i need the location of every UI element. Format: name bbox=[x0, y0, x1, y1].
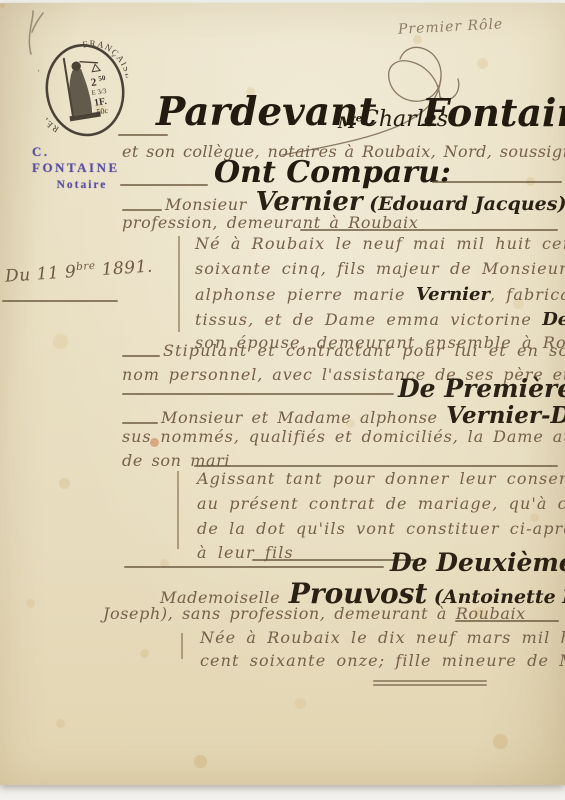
p4-line1: Monsieur et Madame alphonse Vernier-Dele… bbox=[161, 402, 565, 429]
p2-father-surname: Vernier bbox=[416, 284, 490, 305]
p4-line3: de son mari bbox=[122, 451, 230, 470]
heading-last-name: Fontaine bbox=[422, 90, 565, 135]
part2-fill-line bbox=[124, 566, 384, 568]
p2-line3c: , fabricant de bbox=[490, 285, 565, 304]
margin-date-sup: bre bbox=[76, 260, 96, 273]
part1-fill-line bbox=[122, 393, 394, 395]
p3-line1: Stipulant et contractant pour lui et en … bbox=[163, 341, 565, 360]
notary-stamp-title: Notaire bbox=[32, 179, 132, 191]
margin-date-suffix: 1891. bbox=[95, 257, 153, 281]
notary-stamp-name: C. FONTAINE bbox=[32, 144, 132, 176]
p7-line2: cent soixante onze; fille mineure de Mon… bbox=[200, 651, 565, 670]
margin-date-prefix: Du 11 9 bbox=[5, 262, 78, 287]
p2-line3a: alphonse pierre marie bbox=[195, 285, 416, 304]
fiscal-stamp-values: 2 50 E 3/3 1F. 50c bbox=[89, 74, 112, 117]
comparu-heading: Ont Comparu: bbox=[214, 155, 451, 190]
heading-honorific: Me bbox=[338, 113, 362, 132]
p1-given-names: (Edouard Jacques) bbox=[363, 193, 565, 215]
svg-text:2: 2 bbox=[90, 76, 98, 89]
p5-margin-stroke bbox=[177, 471, 179, 549]
comparu-line-left bbox=[120, 184, 208, 186]
p7-line1: Née à Roubaix le dix neuf mars mil huit bbox=[200, 628, 565, 647]
margin-date-underline bbox=[2, 300, 118, 302]
p5-line1: Agissant tant pour donner leur consentem… bbox=[197, 469, 565, 488]
p2-mother-surname: Delerue bbox=[542, 309, 565, 330]
p1-fill-line bbox=[300, 229, 558, 231]
p2-line3: alphonse pierre marie Vernier, fabricant… bbox=[195, 284, 565, 305]
part2-heading: De Deuxième Part bbox=[390, 548, 565, 577]
p4-lead-line bbox=[122, 422, 158, 424]
paper-sheet: RÉPUBLIQUE FRANÇAISE 2 50 E 3/3 1F. 50c bbox=[0, 3, 565, 785]
p2-line4a: tissus, et de Dame emma victorine bbox=[195, 310, 542, 329]
p3-lead-line bbox=[122, 355, 160, 357]
margin-date: Du 11 9bre 1891. bbox=[4, 256, 153, 287]
p6-fill-line bbox=[455, 620, 559, 622]
p4-couple-surname: Vernier-Delerue bbox=[446, 402, 565, 429]
p1-lead-line bbox=[122, 209, 162, 211]
p2-line1: Né à Roubaix le neuf mai mil huit cent bbox=[195, 234, 565, 253]
p4-line2: sus nommés, qualifiés et domiciliés, la … bbox=[122, 427, 565, 446]
p5-line2: au présent contrat de mariage, qu'à caus… bbox=[197, 494, 565, 513]
scanned-document-page: RÉPUBLIQUE FRANÇAISE 2 50 E 3/3 1F. 50c bbox=[0, 0, 565, 800]
p4-line1a: Monsieur et Madame alphonse bbox=[161, 408, 446, 427]
fiscal-stamp: RÉPUBLIQUE FRANÇAISE 2 50 E 3/3 1F. 50c bbox=[35, 35, 137, 146]
comparu-line-right bbox=[432, 181, 562, 183]
svg-text:50: 50 bbox=[98, 74, 107, 83]
p2-line4: tissus, et de Dame emma victorine Deleru… bbox=[195, 309, 565, 330]
part1-heading: De Première Part bbox=[398, 374, 565, 403]
p7-margin-stroke bbox=[181, 633, 183, 659]
paper-stains bbox=[0, 3, 5, 8]
p2-line2: soixante cinq, fils majeur de Monsieur bbox=[195, 259, 565, 278]
p5-line3: de la dot qu'ils vont constituer ci-aprè… bbox=[197, 519, 565, 538]
honorific-letter: M bbox=[338, 113, 356, 132]
closing-double-rule-bottom bbox=[373, 684, 487, 686]
svg-text:50c: 50c bbox=[96, 106, 109, 117]
p2-margin-stroke bbox=[178, 236, 180, 332]
closing-double-rule-top bbox=[373, 680, 487, 682]
p1-monsieur: Monsieur bbox=[165, 195, 256, 214]
p4-fill-line bbox=[194, 465, 558, 467]
notary-stamp: C. FONTAINE Notaire bbox=[32, 144, 132, 191]
